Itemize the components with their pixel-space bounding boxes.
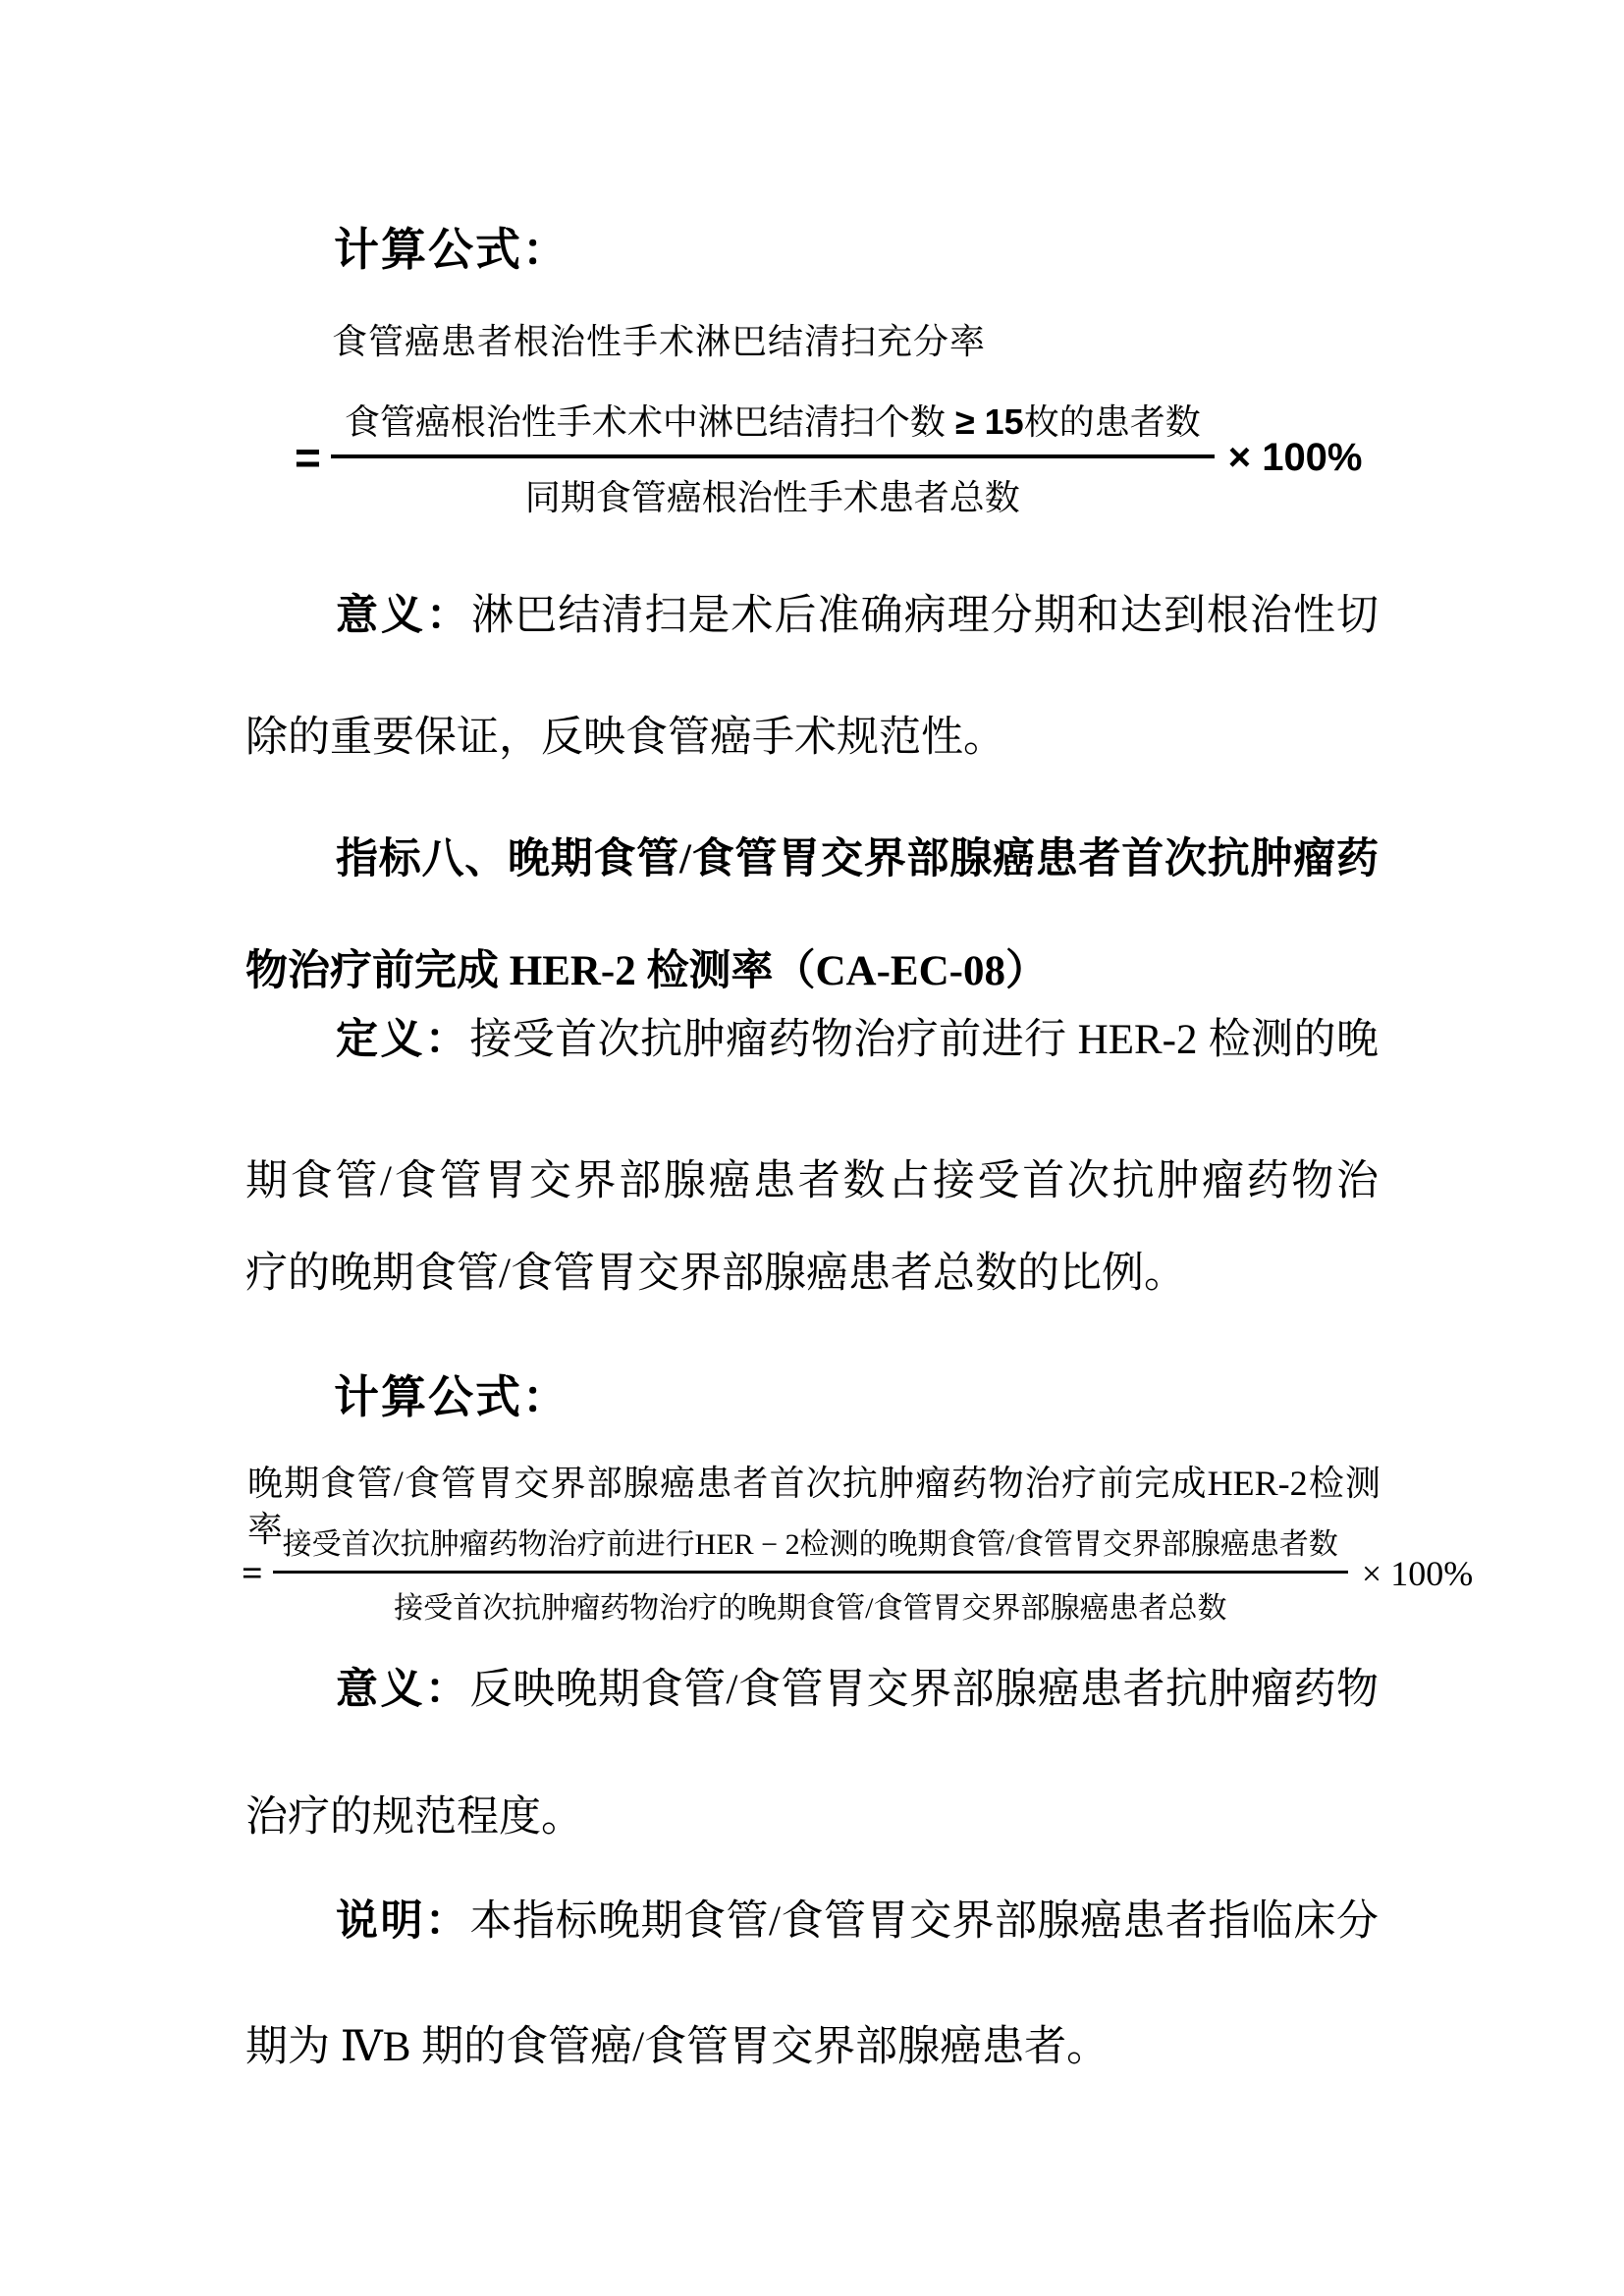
multiplier-100-percent-2: × 100% [1362,1553,1473,1594]
significance2-label: 意义： [336,1667,470,1713]
formula1-fraction: = 食管癌根治性手术术中淋巴结清扫个数 ≥ 15枚的患者数 同期食管癌根治性手术… [295,395,1363,520]
calc-formula-heading-2: 计算公式： [334,1368,569,1427]
indicator8-heading-line1: 指标八、晚期食管/食管胃交界部腺癌患者首次抗肿瘤药 [245,832,1379,887]
significance1-line1: 意义：淋巴结清扫是术后准确病理分期和达到根治性切 [245,589,1379,644]
fraction2-denominator: 接受首次抗肿瘤药物治疗的晚期食管/食管胃交界部腺癌患者总数 [273,1571,1348,1627]
numerator-text-post: 枚的患者数 [1024,401,1201,442]
note-label: 说明： [336,1898,470,1945]
fraction-column-2: 接受首次抗肿瘤药物治疗前进行HER − 2检测的晚期食管/食管胃交界部腺癌患者数… [273,1520,1348,1627]
calc-formula-heading-1: 计算公式： [334,221,569,280]
definition-line2: 期食管/食管胃交界部腺癌患者数占接受首次抗肿瘤药物治 [245,1154,1379,1209]
note-line1: 说明：本指标晚期食管/食管胃交界部腺癌患者指临床分 [245,1895,1379,1949]
significance1-label: 意义： [336,593,471,639]
significance1-line2: 除的重要保证，反映食管癌手术规范性。 [245,711,1005,766]
fraction2-numerator: 接受首次抗肿瘤药物治疗前进行HER − 2检测的晚期食管/食管胃交界部腺癌患者数 [273,1520,1348,1571]
definition-line3: 疗的晚期食管/食管胃交界部腺癌患者总数的比例。 [245,1247,1186,1302]
indicator8-heading-line2: 物治疗前完成 HER-2 检测率（CA-EC-08） [245,944,1048,999]
formula1-name: 食管癌患者根治性手术淋巴结清扫充分率 [332,319,986,365]
significance1-text1: 淋巴结清扫是术后准确病理分期和达到根治性切 [471,593,1379,639]
note-line2: 期为 ⅣB 期的食管癌/食管胃交界部腺癌患者。 [245,2020,1109,2075]
significance2-text1: 反映晚期食管/食管胃交界部腺癌患者抗肿瘤药物 [470,1667,1380,1713]
note-text1: 本指标晚期食管/食管胃交界部腺癌患者指临床分 [470,1898,1380,1945]
definition-line1: 定义：接受首次抗肿瘤药物治疗前进行 HER-2 检测的晚 [245,1013,1379,1068]
document-page: 计算公式： 食管癌患者根治性手术淋巴结清扫充分率 = 食管癌根治性手术术中淋巴结… [0,0,1624,2296]
formula2-fraction: = 接受首次抗肿瘤药物治疗前进行HER − 2检测的晚期食管/食管胃交界部腺癌患… [242,1520,1473,1627]
significance2-line1: 意义：反映晚期食管/食管胃交界部腺癌患者抗肿瘤药物 [245,1663,1379,1718]
equals-sign: = [295,431,321,484]
equals-sign-2: = [242,1552,263,1595]
multiplier-100-percent: × 100% [1228,436,1363,480]
numerator-text-pre: 食管癌根治性手术术中淋巴结清扫个数 [345,401,955,442]
definition-label: 定义： [336,1017,469,1063]
fraction-denominator: 同期食管癌根治性手术患者总数 [331,454,1215,520]
definition-text1: 接受首次抗肿瘤药物治疗前进行 HER-2 检测的晚 [469,1017,1379,1063]
significance2-line2: 治疗的规范程度。 [245,1790,583,1845]
fraction-column: 食管癌根治性手术术中淋巴结清扫个数 ≥ 15枚的患者数 同期食管癌根治性手术患者… [331,395,1215,520]
numerator-threshold: ≥ 15 [955,401,1024,442]
fraction-numerator: 食管癌根治性手术术中淋巴结清扫个数 ≥ 15枚的患者数 [331,395,1215,454]
